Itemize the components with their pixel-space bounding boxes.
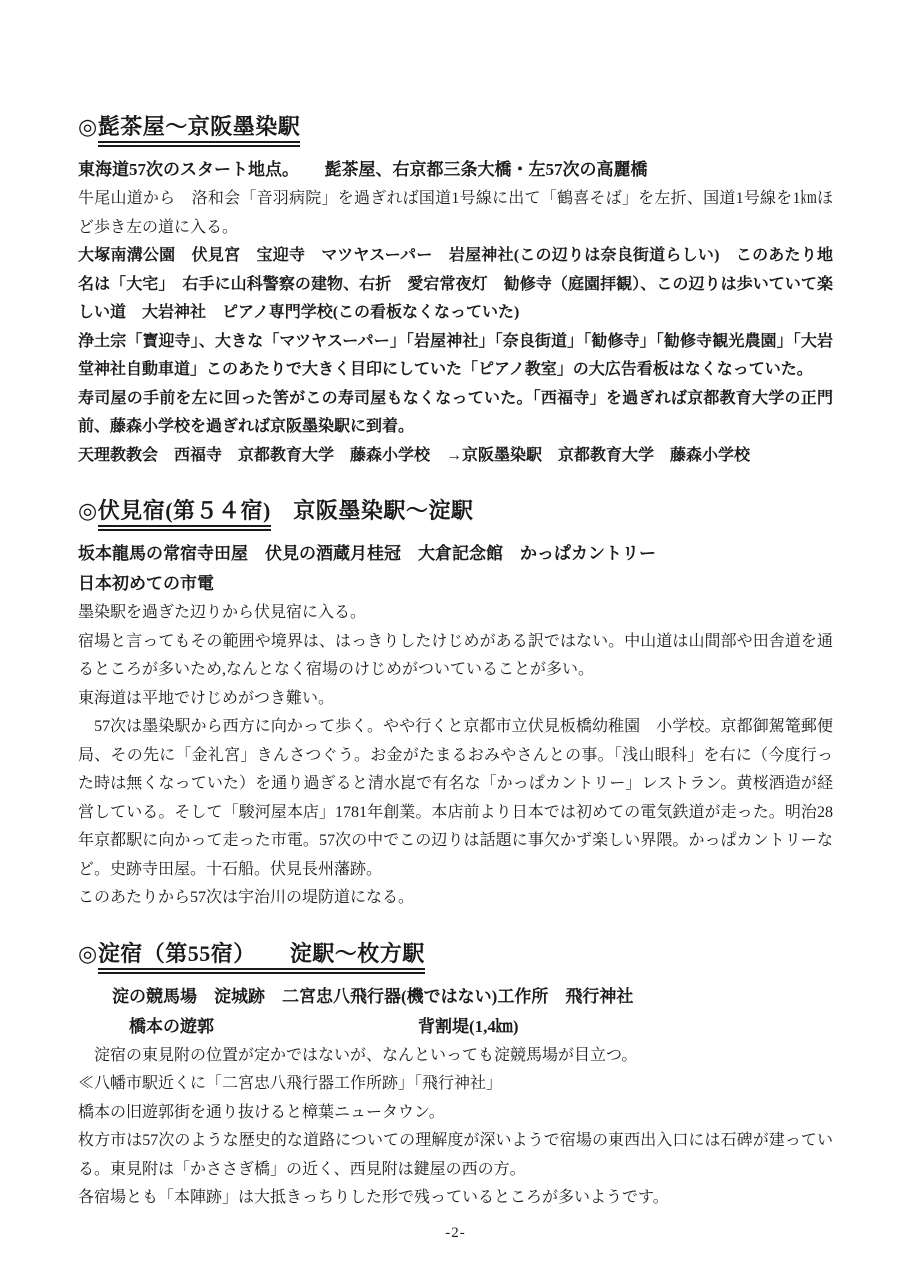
paragraph: 墨染駅を過ぎた辺りから伏見宿に入る。	[78, 599, 833, 628]
paragraph: 枚方市は57次のような歴史的な道路についての理解度が深いようで宿場の東西出入口に…	[78, 1127, 833, 1184]
paragraph: 淀宿の東見附の位置が定かではないが、なんといっても淀競馬場が目立つ。	[78, 1042, 833, 1071]
keyword-line: 淀の競馬場 淀城跡 二宮忠八飛行器(機ではない)工作所 飛行神社	[78, 982, 833, 1012]
paragraph: 各宿場とも「本陣跡」は大抵きっちりした形で残っているところが多いようです。	[78, 1184, 833, 1213]
paragraph: 東海道は平地でけじめがつき難い。	[78, 685, 833, 714]
keyword-line: 日本初めての市電	[78, 569, 833, 599]
paragraph: ≪八幡市駅近くに「二宮忠八飛行器工作所跡」「飛行神社」	[78, 1070, 833, 1099]
keyword-line: 天理教教会 西福寺 京都教育大学 藤森小学校 →京阪墨染駅 京都教育大学 藤森小…	[78, 442, 833, 471]
keyword-line: 橋本の遊郭 背割堤(1,4㎞)	[78, 1012, 833, 1042]
paragraph: 57次は墨染駅から西方に向かって歩く。やや行くと京都市立伏見板橋幼稚園 小学校。…	[78, 713, 833, 884]
heading-underlined-text: 髭茶屋〜京阪墨染駅	[98, 114, 301, 147]
heading-underlined-text: 淀宿（第55宿） 淀駅〜枚方駅	[98, 941, 425, 974]
heading-marker: ◎	[78, 114, 98, 139]
paragraph: 牛尾山道から 洛和会「音羽病院」を過ぎれば国道1号線に出て「鶴喜そば」を左折、国…	[78, 185, 833, 242]
keyword-line: 坂本龍馬の常宿寺田屋 伏見の酒蔵月桂冠 大倉記念館 かっぱカントリー	[78, 539, 833, 569]
paragraph: このあたりから57次は宇治川の堤防道になる。	[78, 884, 833, 913]
keyword-line: 東海道57次のスタート地点。 髭茶屋、右京都三条大橋・左57次の高麗橋	[78, 155, 833, 185]
section-heading: ◎髭茶屋〜京阪墨染駅	[78, 110, 833, 141]
document-page: ◎髭茶屋〜京阪墨染駅 東海道57次のスタート地点。 髭茶屋、右京都三条大橋・左5…	[0, 0, 905, 1280]
paragraph: 浄土宗「寳迎寺」、大きな「マツヤスーパー」「岩屋神社」「奈良街道」「勧修寺」「勧…	[78, 328, 833, 385]
heading-underlined-text: 伏見宿(第５４宿)	[98, 498, 271, 531]
section-heading: ◎淀宿（第55宿） 淀駅〜枚方駅	[78, 937, 833, 968]
section-higechaya-sumizome: ◎髭茶屋〜京阪墨染駅 東海道57次のスタート地点。 髭茶屋、右京都三条大橋・左5…	[78, 110, 833, 470]
keyword-paragraph: 大塚南溝公園 伏見宮 宝迎寺 マツヤスーパー 岩屋神社(この辺りは奈良街道らしい…	[78, 242, 833, 328]
heading-tail-text: 京阪墨染駅〜淀駅	[271, 498, 474, 523]
heading-marker: ◎	[78, 941, 98, 966]
paragraph: 橋本の旧遊郭街を通り抜けると樟葉ニュータウン。	[78, 1099, 833, 1128]
heading-marker: ◎	[78, 498, 98, 523]
section-yodo-juku: ◎淀宿（第55宿） 淀駅〜枚方駅 淀の競馬場 淀城跡 二宮忠八飛行器(機ではない…	[78, 937, 833, 1213]
section-heading: ◎伏見宿(第５４宿) 京阪墨染駅〜淀駅	[78, 494, 833, 525]
page-number: -2-	[78, 1225, 833, 1242]
paragraph: 寿司屋の手前を左に回った筈がこの寿司屋もなくなっていた。「西福寺」を過ぎれば京都…	[78, 385, 833, 442]
section-fushimi-juku: ◎伏見宿(第５４宿) 京阪墨染駅〜淀駅 坂本龍馬の常宿寺田屋 伏見の酒蔵月桂冠 …	[78, 494, 833, 913]
paragraph: 宿場と言ってもその範囲や境界は、はっきりしたけじめがある訳ではない。中山道は山間…	[78, 628, 833, 685]
